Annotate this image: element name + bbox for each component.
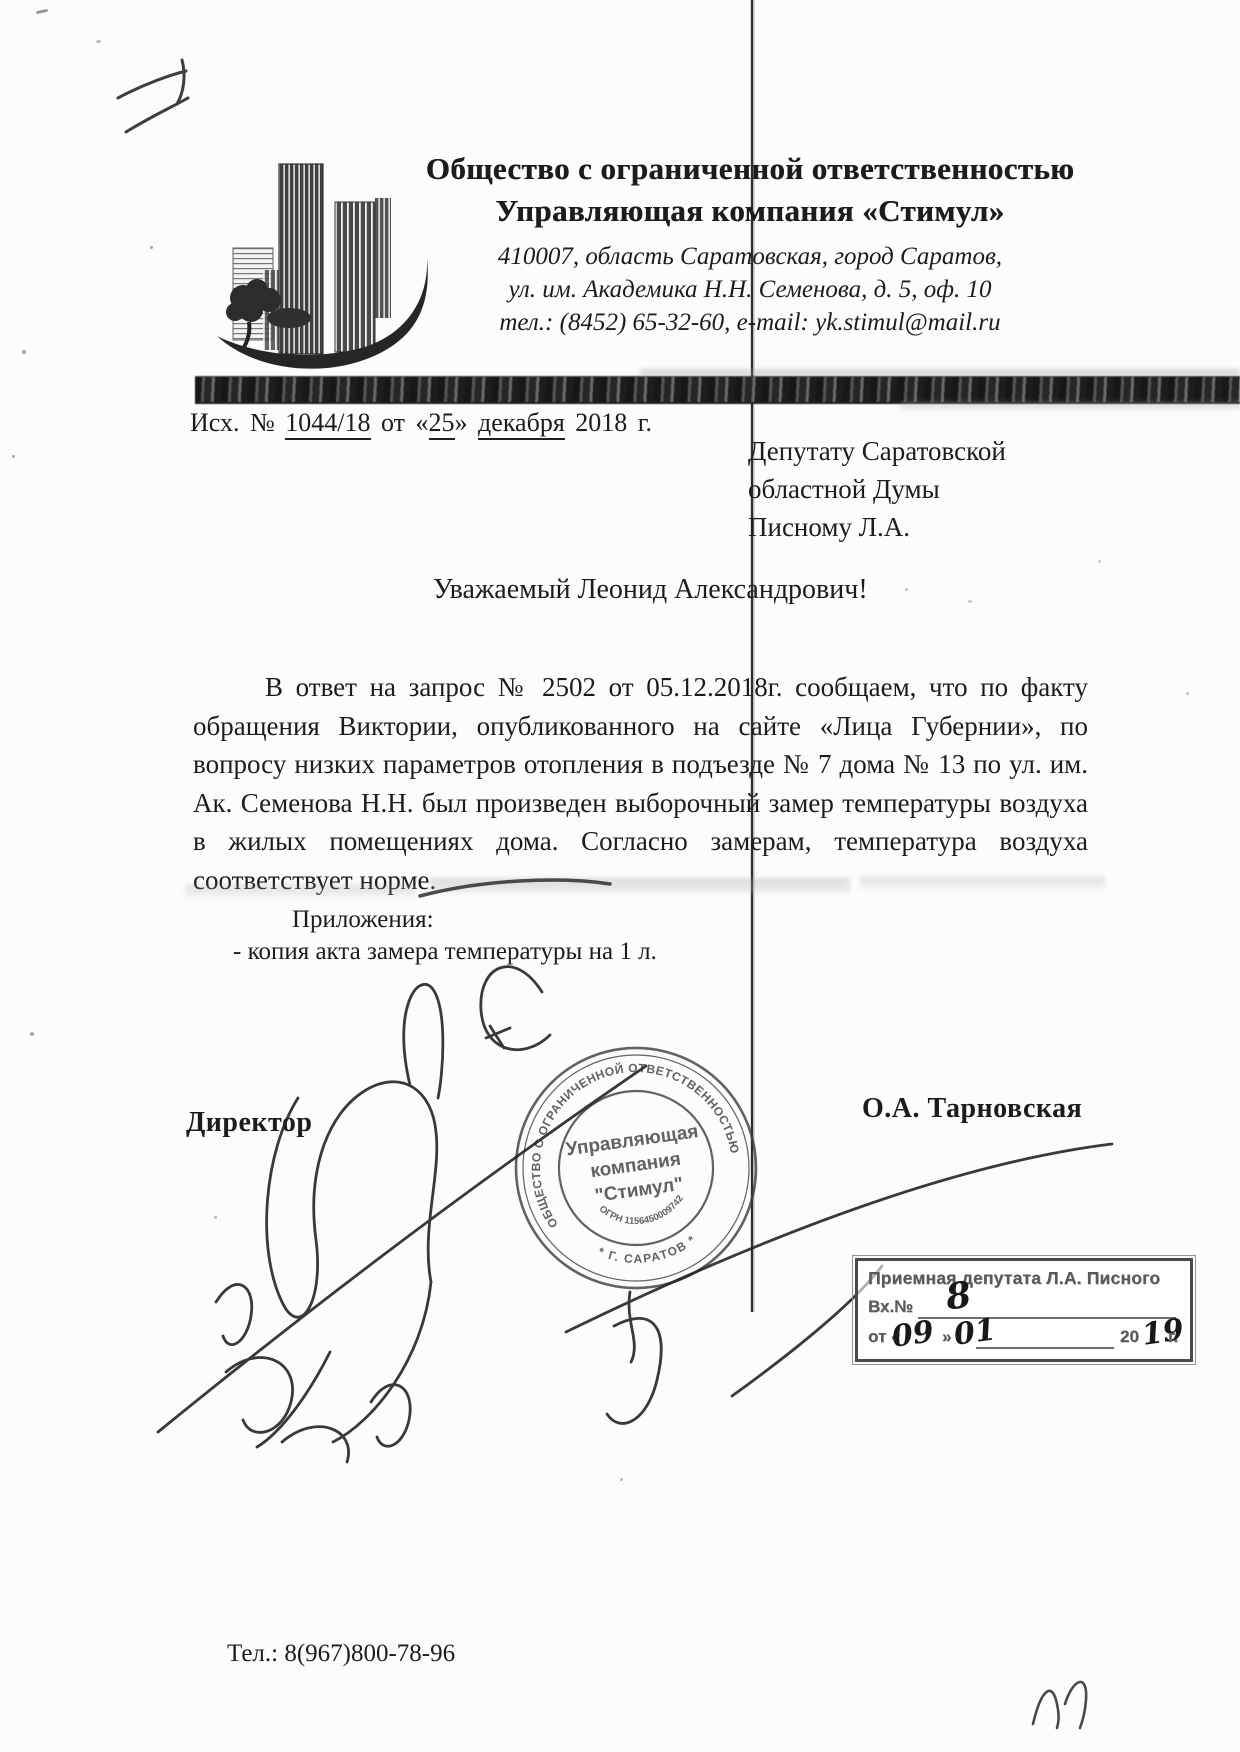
scan-speck <box>36 9 48 14</box>
scan-speck <box>214 1216 217 1219</box>
letterhead-address: 410007, область Саратовская, город Сарат… <box>260 240 1240 339</box>
handwritten-day: 09 <box>890 1314 936 1354</box>
scan-speck <box>22 350 26 354</box>
scan-smudge <box>860 876 1105 889</box>
ref-open-quote: « <box>416 408 429 437</box>
scan-speck <box>1098 560 1101 563</box>
scan-speck <box>12 455 15 458</box>
recipient-line2: областной Думы <box>748 470 1006 508</box>
reception-title: Приемная депутата Л.А. Писного <box>868 1268 1160 1289</box>
address-line2: ул. им. Академика Н.Н. Семенова, д. 5, о… <box>260 273 1240 306</box>
handwritten-mark-top-left <box>100 48 215 143</box>
pen-stroke-mark <box>410 868 620 908</box>
letterhead: Общество с ограниченной ответственностью… <box>140 148 1240 232</box>
outgoing-reference-line: Исх. № 1044/18 от «25» декабря 2018 г. <box>190 408 652 438</box>
recipient-line1: Депутату Саратовской <box>748 432 1006 470</box>
ref-close-quote: » <box>455 408 468 437</box>
director-signature <box>130 940 1140 1510</box>
attachments-title: Приложения: <box>292 906 434 934</box>
org-name-line2: Управляющая компания «Стимул» <box>140 190 1240 232</box>
ref-number: 1044/18 <box>285 408 370 440</box>
scan-smudge <box>900 402 1240 409</box>
date-close-quote: » <box>942 1327 951 1347</box>
ref-year: 2018 г. <box>575 408 652 437</box>
incoming-number-label: Вх.№ <box>868 1297 913 1317</box>
salutation: Уважаемый Леонид Александрович! <box>433 574 868 606</box>
scan-smudge <box>185 884 415 897</box>
recipient-line3: Писному Л.А. <box>748 508 1006 546</box>
scanned-letter-page: Общество с ограниченной ответственностью… <box>0 0 1240 1752</box>
scan-speck <box>30 1032 34 1036</box>
ref-label: Исх. № <box>190 408 275 437</box>
body-paragraph: В ответ на запрос № 2502 от 05.12.2018г.… <box>193 668 1088 899</box>
reception-stamp-box: Приемная депутата Л.А. Писного Вх.№ 8 от… <box>855 1258 1193 1362</box>
year-suffix: г. <box>1168 1327 1178 1347</box>
ref-from-word: от <box>381 408 405 437</box>
date-from-word: от <box>868 1327 886 1346</box>
org-name-line1: Общество с ограниченной ответственностью <box>140 148 1240 190</box>
address-line1: 410007, область Саратовская, город Сарат… <box>260 240 1240 273</box>
handwritten-year: 19 <box>1140 1312 1186 1352</box>
scan-speck <box>905 588 908 591</box>
scan-speck <box>1186 692 1189 695</box>
ref-month: декабря <box>478 408 565 440</box>
recipient-block: Депутату Саратовской областной Думы Писн… <box>748 432 1006 546</box>
contact-line: тел.: (8452) 65-32-60, e-mail: yk.stimul… <box>260 306 1240 339</box>
year-prefix: 20 <box>1120 1327 1139 1347</box>
ref-day: 25 <box>429 408 455 440</box>
scan-speck <box>150 246 153 249</box>
scan-speck <box>96 40 101 43</box>
scan-speck <box>968 600 972 603</box>
date-blank-line <box>976 1347 1114 1349</box>
footer-phone: Тел.: 8(967)800-78-96 <box>227 1640 455 1668</box>
letterhead-divider-bar <box>195 376 1240 404</box>
scan-speck <box>620 1478 623 1481</box>
handwritten-initials-bottom-right <box>1005 1658 1125 1748</box>
scan-smudge <box>640 369 1240 376</box>
